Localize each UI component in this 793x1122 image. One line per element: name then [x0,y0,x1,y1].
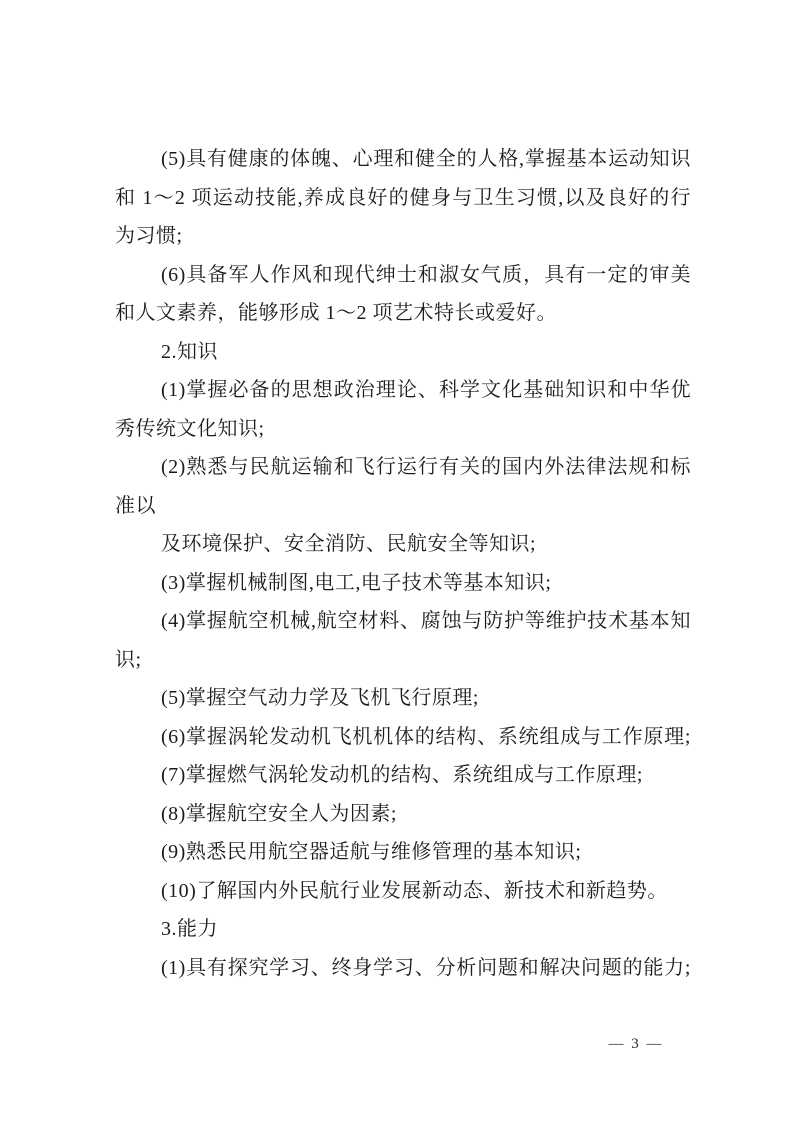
text-line: (7)掌握燃气涡轮发动机的结构、系统组成与工作原理; [115,756,691,795]
text-line: (10)了解国内外民航行业发展新动态、新技术和新趋势。 [115,872,691,911]
text-line: 准以 [115,487,691,526]
text-line: 2.知识 [115,333,691,372]
text-line: 和人文素养，能够形成 1～2 项艺术特长或爱好。 [115,294,691,333]
text-line: 为习惯; [115,217,691,256]
text-line: (6)掌握涡轮发动机飞机机体的结构、系统组成与工作原理; [115,718,691,757]
text-line: (3)掌握机械制图,电工,电子技术等基本知识; [115,564,691,603]
text-line: 及环境保护、安全消防、民航安全等知识; [115,525,691,564]
text-line: (8)掌握航空安全人为因素; [115,795,691,834]
text-line: (9)熟悉民用航空器适航与维修管理的基本知识; [115,833,691,872]
document-text-block: (5)具有健康的体魄、心理和健全的人格,掌握基本运动知识 和 1～2 项运动技能… [115,140,691,987]
text-line: (5)掌握空气动力学及飞机飞行原理; [115,679,691,718]
text-line: 和 1～2 项运动技能,养成良好的健身与卫生习惯,以及良好的行 [115,179,691,218]
document-page: (5)具有健康的体魄、心理和健全的人格,掌握基本运动知识 和 1～2 项运动技能… [0,0,793,1122]
page-number: — 3 — [556,1036,716,1053]
text-line: (4)掌握航空机械,航空材料、腐蚀与防护等维护技术基本知 [115,602,691,641]
text-line: 3.能力 [115,910,691,949]
text-line: (6)具备军人作风和现代绅士和淑女气质，具有一定的审美 [115,256,691,295]
text-line: (2)熟悉与民航运输和飞行运行有关的国内外法律法规和标 [115,448,691,487]
text-line: (5)具有健康的体魄、心理和健全的人格,掌握基本运动知识 [115,140,691,179]
text-line: (1)具有探究学习、终身学习、分析问题和解决问题的能力; [115,949,691,988]
text-line: (1)掌握必备的思想政治理论、科学文化基础知识和中华优 [115,371,691,410]
text-line: 识; [115,641,691,680]
text-line: 秀传统文化知识; [115,410,691,449]
